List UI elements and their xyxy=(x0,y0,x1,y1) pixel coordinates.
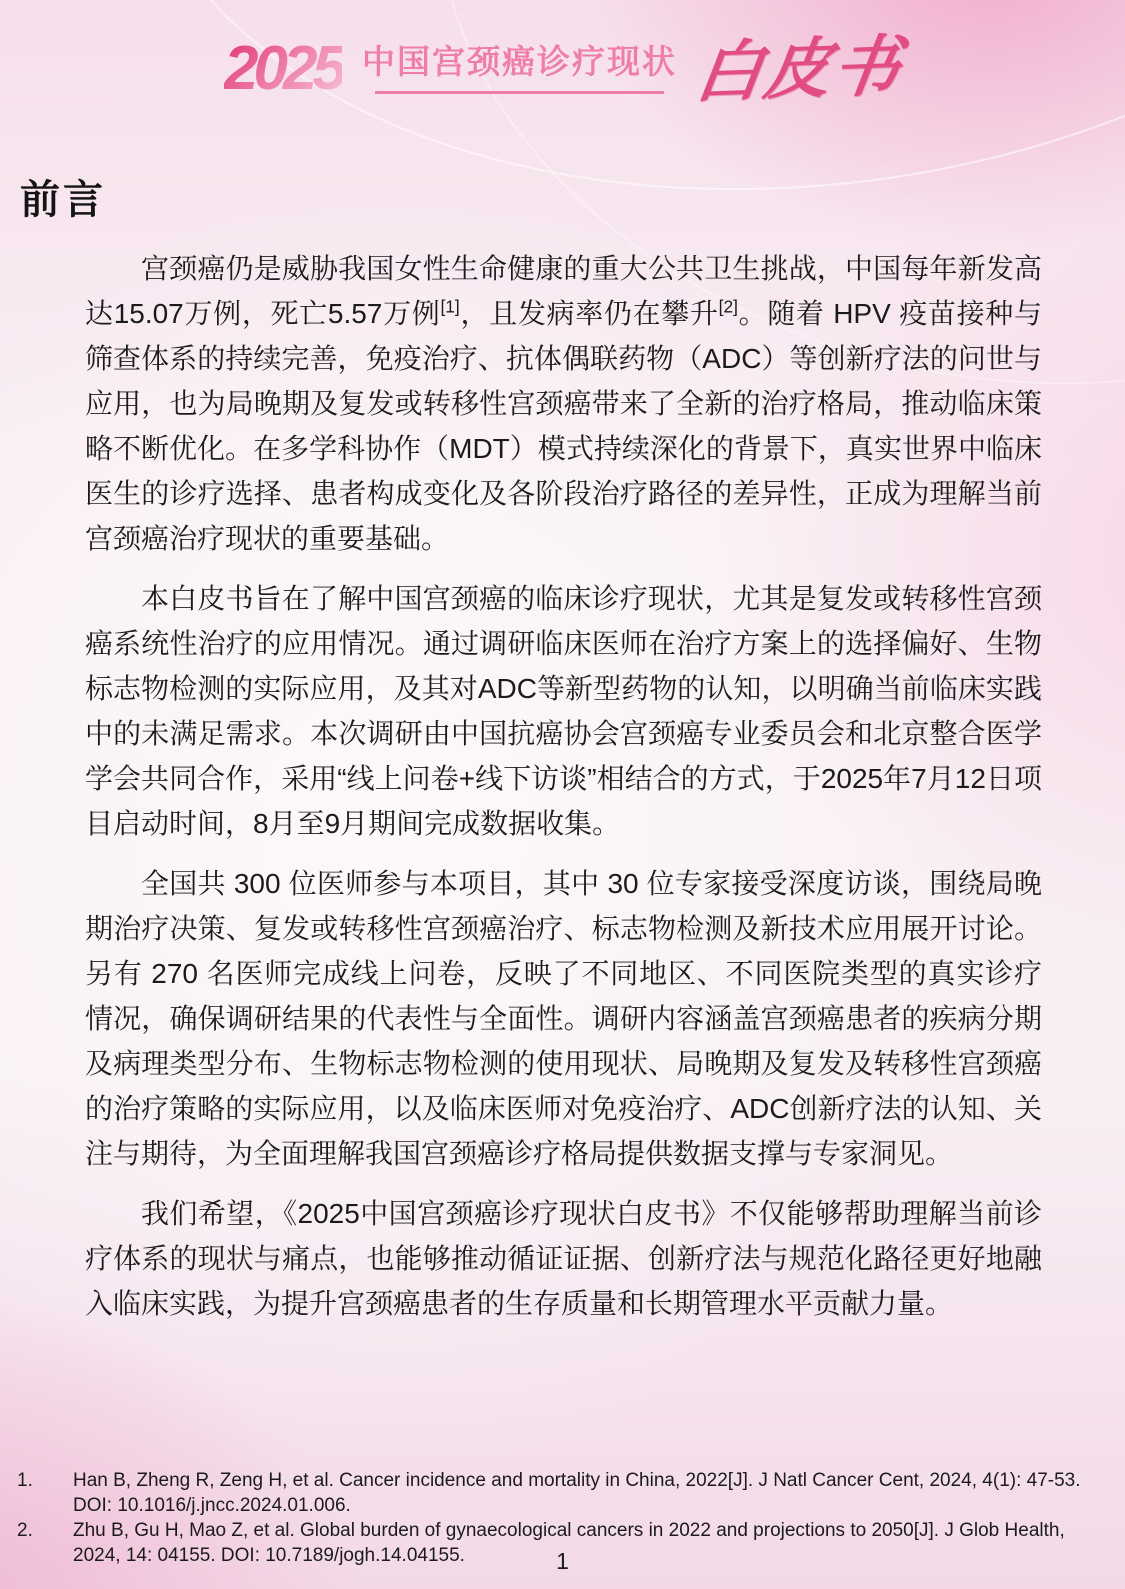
logo-brush-title: 白皮书 xyxy=(692,32,906,105)
logo-subtitle-block: 中国宫颈癌诊疗现状 xyxy=(362,44,677,93)
paragraph-2: 本白皮书旨在了解中国宫颈癌的临床诊疗现状，尤其是复发或转移性宫颈癌系统性治疗的应… xyxy=(85,576,1042,846)
footnote-number: 2. xyxy=(17,1518,73,1543)
footnote-item: 1. Han B, Zheng R, Zeng H, et al. Cancer… xyxy=(17,1468,1100,1518)
logo-year: 2025 xyxy=(224,38,342,100)
section-title: 前言 xyxy=(20,168,106,225)
document-page: 2025 中国宫颈癌诊疗现状 白皮书 前言 宫颈癌仍是威胁我国女性生命健康的重大… xyxy=(0,0,1125,1589)
paragraph-4: 我们希望，《2025中国宫颈癌诊疗现状白皮书》不仅能够帮助理解当前诊疗体系的现状… xyxy=(85,1191,1042,1326)
paragraph-text: ，且发病率仍在攀升 xyxy=(460,298,719,329)
preface-body: 宫颈癌仍是威胁我国女性生命健康的重大公共卫生挑战，中国每年新发高达15.07万例… xyxy=(85,246,1042,1341)
logo-underline xyxy=(375,91,665,94)
logo-subtitle: 中国宫颈癌诊疗现状 xyxy=(362,44,677,80)
page-number: 1 xyxy=(0,1548,1125,1575)
footnote-text: Han B, Zheng R, Zeng H, et al. Cancer in… xyxy=(73,1468,1100,1518)
paragraph-text: 。随着 HPV 疫苗接种与筛查体系的持续完善，免疫治疗、抗体偶联药物（ADC）等… xyxy=(85,298,1042,554)
footnote-ref-1: [1] xyxy=(440,297,459,317)
paragraph-3: 全国共 300 位医师参与本项目，其中 30 位专家接受深度访谈，围绕局晚期治疗… xyxy=(85,861,1042,1176)
footnote-ref-2: [2] xyxy=(719,297,738,317)
footnote-number: 1. xyxy=(17,1468,73,1493)
whitepaper-logo: 2025 中国宫颈癌诊疗现状 白皮书 xyxy=(0,36,1125,102)
paragraph-1: 宫颈癌仍是威胁我国女性生命健康的重大公共卫生挑战，中国每年新发高达15.07万例… xyxy=(85,246,1042,561)
